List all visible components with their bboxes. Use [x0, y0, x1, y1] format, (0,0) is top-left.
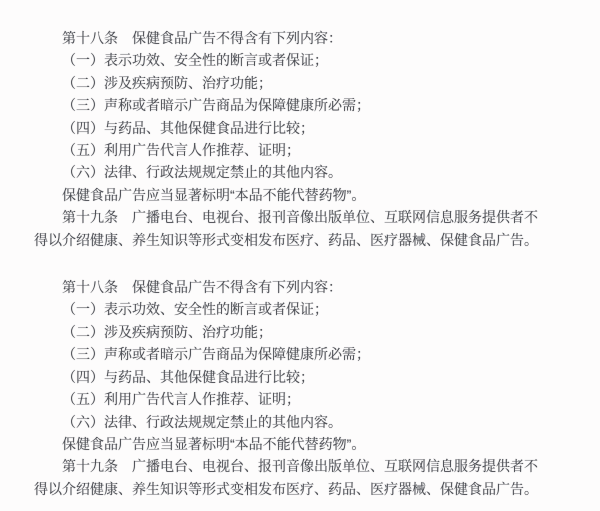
mandatory-label-note: 保健食品广告应当显著标明“本品不能代替药物”。	[34, 184, 542, 206]
article-18-heading: 第十八条 保健食品广告不得含有下列内容：	[34, 27, 542, 49]
clause-item-1: （一）表示功效、安全性的断言或者保证；	[34, 298, 542, 320]
clause-item-3: （三）声称或者暗示广告商品为保障健康所必需；	[34, 94, 542, 116]
article-19-paragraph: 第十九条 广播电台、电视台、报刊音像出版单位、互联网信息服务提供者不得以介绍健康…	[34, 206, 542, 251]
document-page: 第十八条 保健食品广告不得含有下列内容： （一）表示功效、安全性的断言或者保证；…	[0, 0, 600, 511]
article-18-heading: 第十八条 保健食品广告不得含有下列内容：	[34, 276, 542, 298]
clause-item-2: （二）涉及疾病预防、治疗功能；	[34, 72, 542, 94]
clause-item-6: （六）法律、行政法规规定禁止的其他内容。	[34, 161, 542, 183]
regulation-block-2: 第十八条 保健食品广告不得含有下列内容： （一）表示功效、安全性的断言或者保证；…	[34, 276, 542, 500]
clause-item-3: （三）声称或者暗示广告商品为保障健康所必需；	[34, 343, 542, 365]
article-19-paragraph: 第十九条 广播电台、电视台、报刊音像出版单位、互联网信息服务提供者不得以介绍健康…	[34, 455, 542, 500]
clause-item-4: （四）与药品、其他保健食品进行比较；	[34, 366, 542, 388]
clause-item-5: （五）利用广告代言人作推荐、证明；	[34, 388, 542, 410]
clause-item-2: （二）涉及疾病预防、治疗功能；	[34, 321, 542, 343]
clause-item-4: （四）与药品、其他保健食品进行比较；	[34, 117, 542, 139]
mandatory-label-note: 保健食品广告应当显著标明“本品不能代替药物”。	[34, 433, 542, 455]
clause-item-6: （六）法律、行政法规规定禁止的其他内容。	[34, 411, 542, 433]
clause-item-1: （一）表示功效、安全性的断言或者保证；	[34, 49, 542, 71]
regulation-block-1: 第十八条 保健食品广告不得含有下列内容： （一）表示功效、安全性的断言或者保证；…	[34, 27, 542, 251]
clause-item-5: （五）利用广告代言人作推荐、证明；	[34, 139, 542, 161]
